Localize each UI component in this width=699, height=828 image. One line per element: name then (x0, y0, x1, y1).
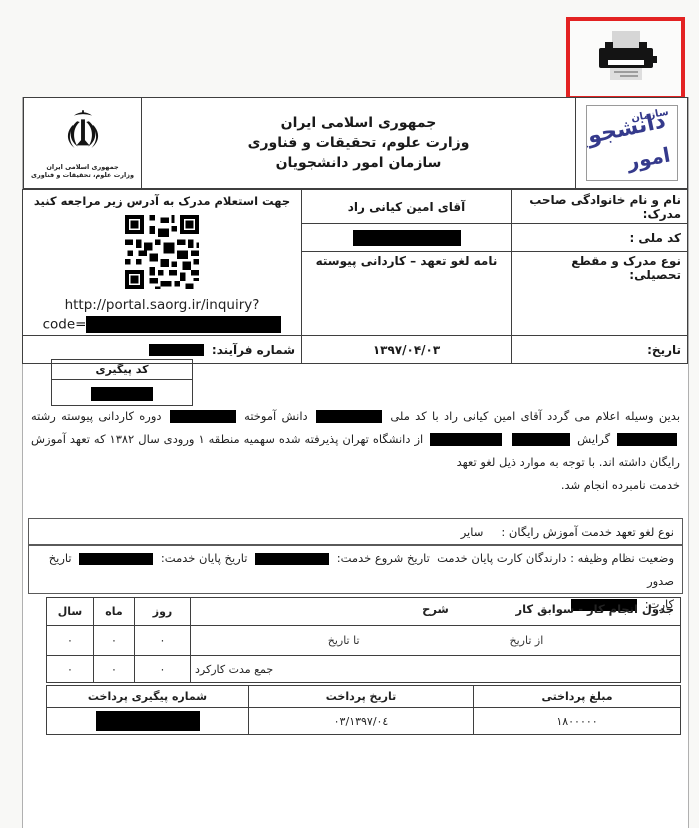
month-header: ماه (94, 598, 135, 626)
header-ministry: وزارت علوم، تحقیقات و فناوری (248, 135, 470, 151)
emblem-caption-line2: وزارت علوم، تحقیقات و فناوری (31, 171, 134, 179)
payment-date-value: ۱۳۹۷/۰٤/۰۳ (249, 708, 474, 735)
header-organization: سازمان امور دانشجویان (276, 155, 442, 171)
payment-ref-header: شماره پیگیری پرداخت (47, 686, 249, 708)
redacted-tracking-code (91, 387, 153, 401)
payment-table: مبلغ پرداختی تاریخ پرداخت شماره پیگیری پ… (46, 685, 681, 735)
doc-type-label: نوع مدرک و مقطع تحصیلی: (512, 252, 688, 336)
header-country: جمهوری اسلامی ایران (281, 115, 437, 131)
redacted-payment-ref (96, 711, 200, 731)
document-page: جمهوری اسلامی ایران وزارت علوم، تحقیقات … (22, 97, 689, 828)
work-row1-day: ۰ (135, 626, 191, 656)
work-table-header-cell: جدول انجام کار - سوابق کار شرح (191, 598, 681, 626)
holder-info-table: نام و نام خانوادگی صاحب مدرک: آقای امین … (22, 189, 688, 364)
payment-date-header: تاریخ پرداخت (249, 686, 474, 708)
to-date-label: تا تاریخ (328, 634, 360, 647)
national-id-label: کد ملی : (512, 224, 688, 252)
body-segment-4: گرایش (577, 432, 610, 446)
header-titles: جمهوری اسلامی ایران وزارت علوم، تحقیقات … (142, 98, 575, 188)
inquiry-cell: جهت استعلام مدرک به آدرس زیر مراجعه کنید (23, 190, 302, 336)
body-segment-1: بدین وسیله اعلام می گردد آقای امین کیانی… (390, 409, 680, 423)
inquiry-url: http://portal.saorg.ir/inquiry? (29, 297, 295, 313)
work-history-table: جدول انجام کار - سوابق کار شرح روز ماه س… (46, 597, 681, 683)
header-emblem-cell: جمهوری اسلامی ایران وزارت علوم، تحقیقات … (24, 98, 142, 188)
service-end-label: تاریخ پایان خدمت: (161, 551, 248, 565)
logo-word-3: امور (625, 142, 672, 173)
redacted-national-id (353, 230, 461, 246)
emblem-caption-line1: جمهوری اسلامی ایران (46, 163, 118, 171)
from-date-label: از تاریخ (510, 634, 544, 647)
work-row-dates: از تاریخ تا تاریخ (191, 626, 681, 656)
redacted-service-end (79, 553, 153, 565)
date-label: تاریخ: (512, 336, 688, 364)
redacted-service-start (255, 553, 329, 565)
year-header: سال (47, 598, 94, 626)
work-total-label: جمع مدت کارکرد (191, 656, 681, 683)
service-start-label: تاریخ شروع خدمت: (337, 551, 430, 565)
body-segment-3: دوره کاردانی پیوسته رشته (31, 409, 162, 423)
body-paragraph: بدین وسیله اعلام می گردد آقای امین کیانی… (31, 405, 680, 497)
saorg-logo-icon: سازمان دانشجویان امور (586, 105, 678, 181)
amount-value: ۱۸۰۰۰۰۰ (474, 708, 681, 735)
iran-emblem-icon (57, 107, 109, 163)
print-button[interactable] (566, 17, 685, 100)
document-header: جمهوری اسلامی ایران وزارت علوم، تحقیقات … (23, 97, 688, 189)
redacted-body-1 (316, 410, 382, 423)
inquiry-instruction: جهت استعلام مدرک به آدرس زیر مراجعه کنید (29, 194, 295, 208)
tracking-code-box: کد پیگیری (51, 359, 193, 406)
tracking-code-label: کد پیگیری (52, 360, 192, 380)
code-prefix: code= (43, 317, 87, 333)
printer-icon (593, 30, 659, 88)
redacted-inquiry-code (86, 316, 281, 333)
amount-header: مبلغ پرداختی (474, 686, 681, 708)
cancellation-type-value: سایر (461, 525, 484, 539)
work-row2-day: ۰ (135, 656, 191, 683)
day-header: روز (135, 598, 191, 626)
date-value: ۱۳۹۷/۰۴/۰۳ (302, 336, 512, 364)
body-segment-2: دانش آموخته (244, 409, 308, 423)
work-row2-month: ۰ (94, 656, 135, 683)
description-header: شرح (191, 602, 680, 616)
work-row2-year: ۰ (47, 656, 94, 683)
cancellation-type-label: نوع لغو تعهد خدمت آموزش رایگان : (501, 525, 674, 539)
redacted-body-4 (512, 433, 570, 446)
redacted-body-3 (617, 433, 677, 446)
military-status-text: وضعیت نظام وظیفه : دارندگان کارت پایان خ… (437, 551, 674, 565)
header-logo-cell: سازمان دانشجویان امور (575, 98, 687, 188)
qr-code-icon (122, 281, 202, 295)
redacted-body-5 (430, 433, 502, 446)
work-row1-year: ۰ (47, 626, 94, 656)
process-number-label: شماره فرآیند: (212, 343, 295, 357)
doc-type-value: نامه لغو تعهد – کاردانی پیوسته (302, 252, 512, 336)
inquiry-code-line: code= (29, 316, 295, 333)
name-value: آقای امین کیانی راد (302, 190, 512, 224)
cancellation-type-box: نوع لغو تعهد خدمت آموزش رایگان : سایر (28, 518, 683, 545)
body-segment-6: خدمت نامبرده انجام شد. (561, 478, 680, 492)
military-status-box: وضعیت نظام وظیفه : دارندگان کارت پایان خ… (28, 545, 683, 594)
work-row1-month: ۰ (94, 626, 135, 656)
redacted-process-number (149, 344, 204, 356)
name-label: نام و نام خانوادگی صاحب مدرک: (512, 190, 688, 224)
redacted-body-2 (170, 410, 236, 423)
